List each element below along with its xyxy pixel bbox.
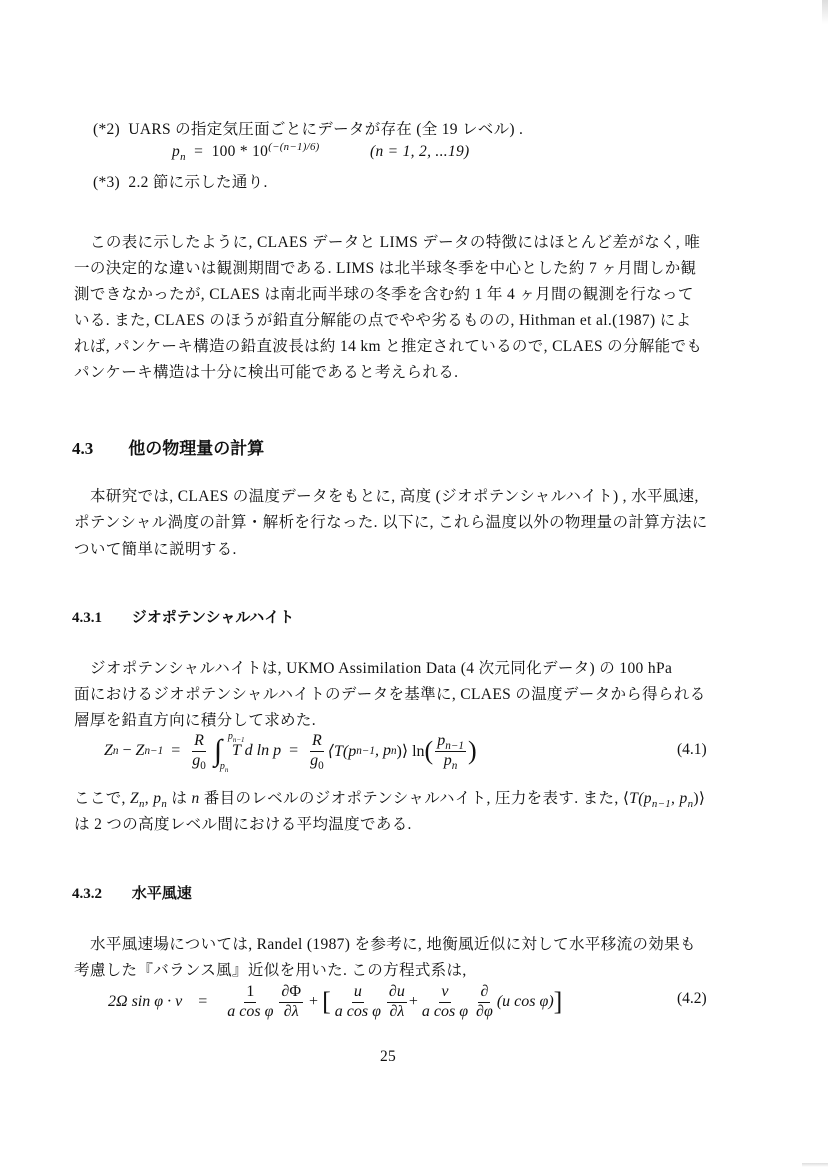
fraction: R g0 — [190, 732, 208, 770]
fraction: pn−1 pn — [435, 732, 466, 770]
footnote-2: (*2) UARS の指定気圧面ごとにデータが存在 (全 19 レベル) . — [93, 117, 523, 139]
section-title: 水平風速 — [132, 886, 192, 902]
equation-number: (4.2) — [677, 990, 707, 1008]
paragraph-line: 考慮した『バランス風』近似を用いた. この方程式系は, — [74, 958, 467, 980]
paragraph-line: 測できなかったが, CLAES は南北両半球の冬季を含む約 1 年 4 ヶ月間の… — [74, 282, 694, 304]
paragraph-line: 一の決定的な違いは観測期間である. LIMS は北半球冬季を中心とした約 7 ヶ… — [74, 256, 696, 278]
paragraph-line: ポテンシャル渦度の計算・解析を行なった. 以下に, これら温度以外の物理量の計算… — [74, 510, 708, 532]
paragraph-line: れば, パンケーキ構造の鉛直波長は約 14 km と推定されているので, CLA… — [74, 334, 702, 356]
fraction: v a cos φ — [420, 983, 470, 1021]
fraction: R g0 — [308, 732, 326, 770]
section-number: 4.3.2 — [72, 886, 128, 903]
footnote-marker: (*3) — [93, 174, 120, 191]
equation-4-1: Zn − Zn−1 = R g0 ∫ pn−1 pn T d ln p = R … — [104, 730, 477, 772]
fraction: u a cos φ — [333, 983, 383, 1021]
footnote-text: UARS の指定気圧面ごとにデータが存在 (全 19 レベル) . — [128, 121, 523, 138]
paragraph-line: パンケーキ構造は十分に検出可能であると考えられる. — [74, 360, 458, 382]
section-heading-4-3-2: 4.3.2 水平風速 — [72, 882, 192, 903]
section-title: 他の物理量の計算 — [128, 439, 264, 458]
paragraph-line: ジオポテンシャルハイトは, UKMO Assimilation Data (4 … — [90, 656, 672, 678]
equation-4-2: 2Ω sin φ · v = 1 a cos φ ∂Φ ∂λ + [ u a c… — [108, 982, 562, 1022]
paragraph-line: は 2 つの高度レベル間における平均温度である. — [74, 812, 412, 834]
paragraph-line: この表に示したように, CLAES データと LIMS データの特徴にはほとんど… — [90, 230, 700, 252]
section-number: 4.3.1 — [72, 610, 128, 627]
fraction: 1 a cos φ — [225, 983, 275, 1021]
integral-sign: ∫ pn−1 pn — [214, 736, 222, 766]
scan-edge-top-right — [822, 0, 828, 24]
equation-number: (4.1) — [677, 741, 707, 759]
paragraph-line: 層厚を鉛直方向に積分して求めた. — [74, 708, 316, 730]
fraction: ∂Φ ∂λ — [279, 983, 303, 1021]
paragraph-line: 面におけるジオポテンシャルハイトのデータを基準に, CLAES の温度データから… — [74, 682, 706, 704]
paragraph-line: ついて簡単に説明する. — [74, 537, 237, 559]
page-number: 25 — [380, 1048, 396, 1066]
paragraph-line: ここで, Zn, pn は n 番目のレベルのジオポテンシャルハイト, 圧力を表… — [74, 786, 705, 808]
section-title: ジオポテンシャルハイト — [132, 610, 295, 626]
footnote-2-formula: pn = 100 * 10(−(n−1)/6) — [172, 143, 320, 161]
paragraph-line: 水平風速場については, Randel (1987) を参考に, 地衡風近似に対し… — [90, 932, 696, 954]
paragraph-line: 本研究では, CLAES の温度データをもとに, 高度 (ジオポテンシャルハイト… — [90, 484, 699, 506]
section-heading-4-3-1: 4.3.1 ジオポテンシャルハイト — [72, 606, 294, 627]
scan-edge-bottom-right — [802, 1163, 828, 1167]
section-heading-4-3: 4.3 他の物理量の計算 — [72, 434, 264, 459]
fraction: ∂u ∂λ — [387, 983, 407, 1021]
footnote-3: (*3) 2.2 節に示した通り. — [93, 170, 268, 192]
footnote-marker: (*2) — [93, 121, 120, 138]
paragraph-line: いる. また, CLAES のほうが鉛直分解能の点でやや劣るものの, Hithm… — [74, 308, 691, 330]
fraction: ∂ ∂φ — [474, 983, 495, 1021]
footnote-text: 2.2 節に示した通り. — [128, 174, 267, 191]
section-number: 4.3 — [72, 439, 124, 459]
footnote-2-range: (n = 1, 2, ...19) — [370, 143, 470, 161]
